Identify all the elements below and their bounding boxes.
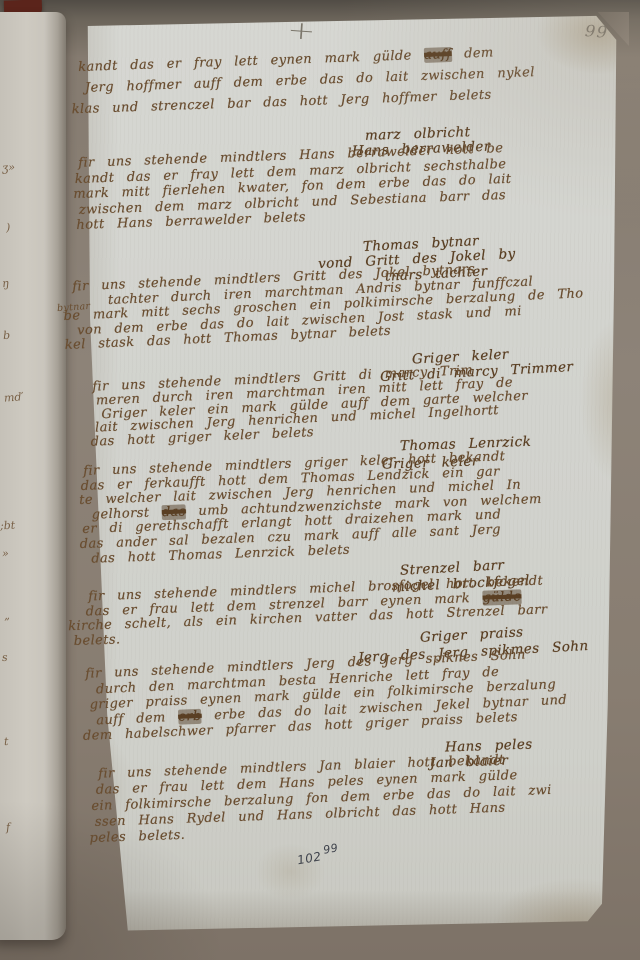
facing-page-ink-fragment: ʒ» — [2, 162, 16, 174]
facing-page-ink-fragment: t — [4, 736, 9, 747]
facing-page-ink-fragment: „ — [4, 610, 10, 621]
manuscript-photo: + 99 bytnar 10299 kandt das er fray lett… — [0, 0, 640, 960]
page-number: 99 — [584, 23, 609, 41]
manuscript-line: belets. — [74, 632, 121, 649]
cross-mark: + — [286, 17, 316, 44]
text-run: dem — [451, 45, 494, 61]
facing-page-ink-fragment: f — [6, 822, 11, 833]
facing-page-ink-fragment: mď — [4, 391, 22, 403]
manuscript-line: peles belets. — [89, 828, 185, 847]
struck-word: auff — [424, 47, 452, 63]
struck-word: erb — [178, 708, 202, 724]
facing-page-ink-fragment: ŋ — [2, 278, 10, 290]
text-run: peles belets. — [89, 828, 185, 846]
facing-page-ink-fragment: » — [2, 548, 9, 559]
archive-number: 10299 — [296, 848, 337, 867]
text-run: belets. — [74, 632, 121, 649]
struck-word: das — [162, 504, 186, 520]
archive-number-main: 102 — [296, 849, 322, 867]
facing-page-ink-fragment: ;bt — [0, 520, 15, 532]
handwriting-layer: + 99 bytnar 10299 kandt das er fray lett… — [0, 0, 640, 960]
facing-page-ink-fragment: s — [2, 652, 8, 663]
facing-page-ink-fragment: b — [3, 330, 11, 341]
facing-page-ink-fragment: ) — [6, 222, 11, 233]
archive-number-sup: 99 — [322, 841, 339, 856]
